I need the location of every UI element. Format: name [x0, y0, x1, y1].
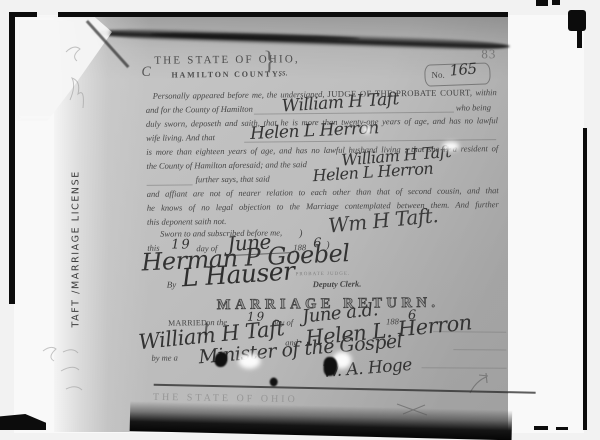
- frame-edge-right: [583, 128, 587, 430]
- affidavit-line-6: the County of Hamilton aforesaid; and th…: [146, 160, 307, 171]
- affidavit-line-10: this deponent saith not.: [147, 217, 226, 227]
- frame-edge-top: [58, 12, 508, 17]
- bride-name-entry-2: Helen L Herron: [312, 161, 434, 185]
- overexposed-spot: [363, 126, 371, 133]
- next-section-faint-heading: THE STATE OF OHIO: [153, 392, 298, 405]
- brace-mark: ): [299, 228, 302, 239]
- affidavit-line-8: and affiant are not of nearer relation t…: [147, 186, 499, 199]
- deputy-clerk-signature: L Hauser: [181, 258, 295, 290]
- document-content: 83 THE STATE OF OHIO, C HAMILTON COUNTY.…: [0, 0, 600, 440]
- deputy-clerk-title: Deputy Clerk.: [313, 280, 362, 290]
- number-label: No.: [431, 70, 444, 80]
- frame-edge-bottom-right: [534, 426, 548, 430]
- form-rule: [453, 349, 506, 350]
- by-label: By: [167, 281, 177, 291]
- who-being-text: who being: [456, 103, 491, 113]
- license-number-value: 165: [449, 61, 477, 78]
- form-rule: [422, 367, 507, 369]
- form-blank-line: [147, 184, 193, 185]
- affidavit-line-4: wife living. And that: [146, 133, 215, 143]
- state-heading: THE STATE OF OHIO,: [154, 53, 300, 67]
- ink-blot: [270, 377, 278, 386]
- ss-abbreviation: ss.: [278, 68, 287, 78]
- scan-edge-mark: [552, 0, 560, 5]
- folio-number: 83: [481, 46, 496, 62]
- frame-edge-left: [9, 12, 15, 304]
- frame-edge-right: [577, 12, 582, 48]
- probate-judge-title: PROBATE JUDGE.: [296, 272, 351, 278]
- county-filing-mark: C: [141, 65, 151, 81]
- affidavit-line-1-post: within: [475, 87, 496, 97]
- affidavit-line-9: he knows of no legal objection to the Ma…: [147, 200, 499, 213]
- affidavit-line-2: and for the County of Hamilton: [146, 105, 253, 115]
- by-me-label: by me a: [151, 353, 178, 363]
- scan-edge-mark: [536, 0, 548, 6]
- frame-edge-bottom-right: [556, 427, 568, 430]
- bride-name-entry-1: Helen L Herron: [250, 120, 379, 143]
- affidavit-line-7: further says, that said: [196, 175, 270, 185]
- marriage-license-photograph: TAFT /MARRIAGE LICENSE 83 THE STATE OF O…: [0, 0, 600, 440]
- brace-glyph: }: [263, 47, 275, 77]
- overexposed-spot: [238, 354, 260, 369]
